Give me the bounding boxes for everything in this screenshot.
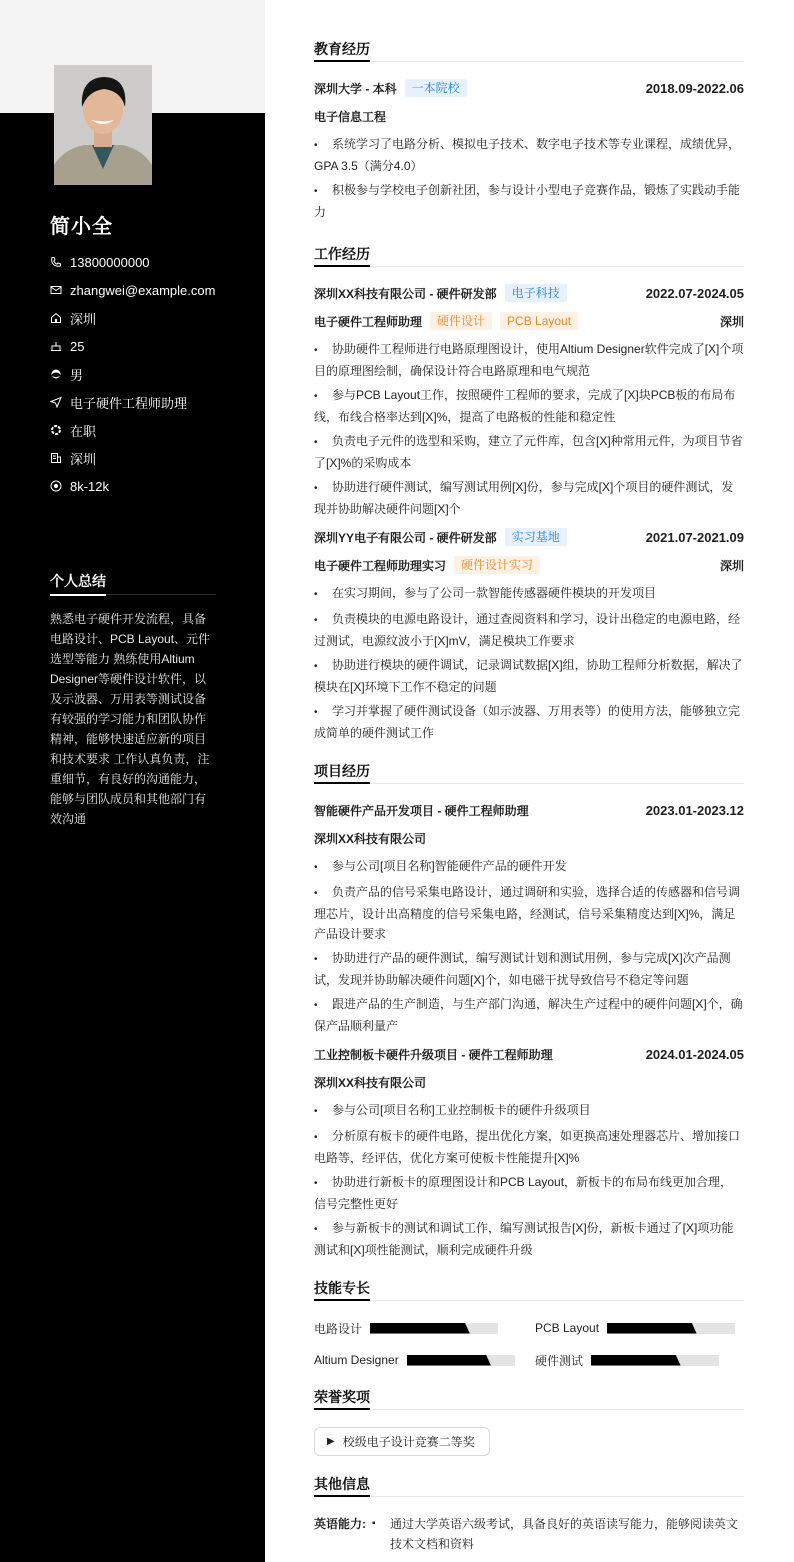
gender-value: 男 bbox=[70, 365, 83, 384]
salary-value: 8k-12k bbox=[70, 479, 109, 494]
skill-name: 电路设计 bbox=[314, 1320, 362, 1337]
info-age: 25 bbox=[50, 332, 250, 360]
awards-heading: 荣誉奖项 bbox=[314, 1388, 744, 1410]
school-tag: 一本院校 bbox=[405, 79, 467, 97]
job-2-period: 2021.07-2021.09 bbox=[646, 530, 744, 545]
list-item: •在实习期间，参与了公司一款智能传感器硬件模块的开发项目 bbox=[314, 583, 744, 605]
list-item: •参与新板卡的测试和调试工作，编写测试报告[X]份，新板卡通过了[X]项功能测试… bbox=[314, 1218, 744, 1260]
list-item: •参与公司[项目名称]智能硬件产品的硬件开发 bbox=[314, 856, 744, 878]
skill-name: PCB Layout bbox=[535, 1321, 599, 1335]
education-school-row: 深圳大学 - 本科 一本院校 2018.09-2022.06 bbox=[314, 78, 744, 98]
skills-heading: 技能专长 bbox=[314, 1279, 744, 1301]
job-2-role-row: 电子硬件工程师助理实习 硬件设计实习 深圳 bbox=[314, 555, 744, 575]
status-value: 在职 bbox=[70, 421, 96, 440]
info-email: zhangwei@example.com bbox=[50, 276, 250, 304]
info-city: 深圳 bbox=[50, 444, 250, 472]
education-major-row: 电子信息工程 bbox=[314, 106, 744, 126]
project-1-company-row: 深圳XX科技有限公司 bbox=[314, 828, 744, 848]
project-1-period: 2023.01-2023.12 bbox=[646, 803, 744, 818]
job-2-role: 电子硬件工程师助理实习 bbox=[314, 557, 446, 574]
building-icon bbox=[50, 452, 62, 464]
project-2-period: 2024.01-2024.05 bbox=[646, 1047, 744, 1062]
summary-text: 熟悉电子硬件开发流程，具备电路设计、PCB Layout、元件选型等能力 熟练使… bbox=[50, 609, 216, 829]
other-value: ▪ 通过大学英语六级考试，具备良好的英语读写能力，能够阅读英文技术文档和资料 bbox=[372, 1514, 744, 1554]
project-2-row: 工业控制板卡硬件升级项目 - 硬件工程师助理 2024.01-2024.05 bbox=[314, 1044, 744, 1064]
work-heading: 工作经历 bbox=[314, 245, 744, 267]
skill-item: PCB Layout bbox=[535, 1320, 735, 1336]
contact-info-list: 13800000000 zhangwei@example.com 深圳 25 男… bbox=[50, 248, 250, 500]
job-2-role-tag: 硬件设计实习 bbox=[454, 556, 540, 574]
skill-bar bbox=[407, 1355, 515, 1366]
skill-item: 电路设计 bbox=[314, 1320, 498, 1336]
project-2-name: 工业控制板卡硬件升级项目 - 硬件工程师助理 bbox=[314, 1046, 553, 1063]
avatar-photo-icon bbox=[54, 65, 152, 185]
play-triangle-icon: ▶ bbox=[327, 1436, 335, 1447]
skill-item: 硬件测试 bbox=[535, 1352, 719, 1368]
job-1-company: 深圳XX科技有限公司 - 硬件研发部 bbox=[314, 285, 497, 302]
other-label: 英语能力: bbox=[314, 1514, 372, 1554]
info-status: 在职 bbox=[50, 416, 250, 444]
job-1-company-tag: 电子科技 bbox=[505, 284, 567, 302]
list-item: •参与PCB Layout工作，按照硬件工程师的要求，完成了[X]块PCB板的布… bbox=[314, 385, 744, 427]
position-value: 电子硬件工程师助理 bbox=[70, 393, 187, 412]
list-item: •协助硬件工程师进行电路原理图设计，使用Altium Designer软件完成了… bbox=[314, 339, 744, 381]
cake-icon bbox=[50, 340, 62, 352]
skill-bar-fill bbox=[370, 1323, 470, 1334]
skill-bar bbox=[370, 1323, 498, 1334]
send-icon bbox=[50, 396, 62, 408]
skill-name: 硬件测试 bbox=[535, 1352, 583, 1369]
list-item: •协助进行新板卡的原理图设计和PCB Layout，新板卡的布局布线更加合理，信… bbox=[314, 1172, 744, 1214]
status-icon bbox=[50, 424, 62, 436]
job-1-role-row: 电子硬件工程师助理 硬件设计 PCB Layout 深圳 bbox=[314, 311, 744, 331]
list-item: •负责产品的信号采集电路设计，通过调研和实验，选择合适的传感器和信号调理芯片，设… bbox=[314, 882, 744, 944]
list-item: •学习并掌握了硬件测试设备（如示波器、万用表等）的使用方法，能够独立完成简单的硬… bbox=[314, 701, 744, 743]
skill-bar bbox=[591, 1355, 719, 1366]
summary-heading: 个人总结 bbox=[50, 571, 216, 595]
project-1-name: 智能硬件产品开发项目 - 硬件工程师助理 bbox=[314, 802, 529, 819]
avatar bbox=[54, 65, 152, 185]
skill-bar bbox=[607, 1323, 735, 1334]
job-1-location: 深圳 bbox=[720, 313, 744, 330]
home-value: 深圳 bbox=[70, 309, 96, 328]
other-heading: 其他信息 bbox=[314, 1475, 744, 1497]
other-info-row: 英语能力: ▪ 通过大学英语六级考试，具备良好的英语读写能力，能够阅读英文技术文… bbox=[314, 1514, 744, 1554]
list-item: •分析原有板卡的硬件电路，提出优化方案，如更换高速处理器芯片、增加接口电路等，经… bbox=[314, 1126, 744, 1168]
skill-item: Altium Designer bbox=[314, 1352, 515, 1368]
project-2-company: 深圳XX科技有限公司 bbox=[314, 1074, 426, 1091]
home-icon bbox=[50, 312, 62, 324]
list-item: •协助进行模块的硬件调试，记录调试数据[X]组，协助工程师分析数据，解决了模块在… bbox=[314, 655, 744, 697]
skill-bar-fill bbox=[407, 1355, 491, 1366]
education-heading: 教育经历 bbox=[314, 40, 744, 62]
list-item: •参与公司[项目名称]工业控制板卡的硬件升级项目 bbox=[314, 1100, 744, 1122]
job-2-company-tag: 实习基地 bbox=[505, 528, 567, 546]
mail-icon bbox=[50, 284, 62, 296]
project-1-company: 深圳XX科技有限公司 bbox=[314, 830, 426, 847]
list-item: •系统学习了电路分析、模拟电子技术、数字电子技术等专业课程，成绩优异，GPA 3… bbox=[314, 134, 744, 176]
candidate-name: 简小全 bbox=[50, 210, 113, 239]
job-1-period: 2022.07-2024.05 bbox=[646, 286, 744, 301]
education-bullets: •系统学习了电路分析、模拟电子技术、数字电子技术等专业课程，成绩优异，GPA 3… bbox=[314, 134, 744, 226]
job-2-location: 深圳 bbox=[720, 557, 744, 574]
list-item: •协助进行硬件测试，编写测试用例[X]份，参与完成[X]个项目的硬件测试，发现并… bbox=[314, 477, 744, 519]
project-1-bullets: •参与公司[项目名称]智能硬件产品的硬件开发 •负责产品的信号采集电路设计，通过… bbox=[314, 856, 744, 1040]
info-position: 电子硬件工程师助理 bbox=[50, 388, 250, 416]
city-value: 深圳 bbox=[70, 449, 96, 468]
project-2-bullets: •参与公司[项目名称]工业控制板卡的硬件升级项目 •分析原有板卡的硬件电路，提出… bbox=[314, 1100, 744, 1264]
info-salary: 8k-12k bbox=[50, 472, 250, 500]
job-2-company-row: 深圳YY电子有限公司 - 硬件研发部 实习基地 2021.07-2021.09 bbox=[314, 527, 744, 547]
education-period: 2018.09-2022.06 bbox=[646, 81, 744, 96]
list-item: •协助进行产品的硬件测试，编写测试计划和测试用例，参与完成[X]次产品测试，发现… bbox=[314, 948, 744, 990]
list-item: •跟进产品的生产制造，与生产部门沟通，解决生产过程中的硬件问题[X]个，确保产品… bbox=[314, 994, 744, 1036]
job-1-bullets: •协助硬件工程师进行电路原理图设计，使用Altium Designer软件完成了… bbox=[314, 339, 744, 523]
job-1-role-tag: 硬件设计 bbox=[430, 312, 492, 330]
list-item: •负责电子元件的选型和采购，建立了元件库，包含[X]种常用元件，为项目节省了[X… bbox=[314, 431, 744, 473]
job-2-bullets: •在实习期间，参与了公司一款智能传感器硬件模块的开发项目 •负责模块的电源电路设… bbox=[314, 583, 744, 747]
gender-icon bbox=[50, 368, 62, 380]
info-phone: 13800000000 bbox=[50, 248, 250, 276]
skill-name: Altium Designer bbox=[314, 1353, 399, 1367]
project-2-company-row: 深圳XX科技有限公司 bbox=[314, 1072, 744, 1092]
job-1-company-row: 深圳XX科技有限公司 - 硬件研发部 电子科技 2022.07-2024.05 bbox=[314, 283, 744, 303]
major: 电子信息工程 bbox=[314, 108, 386, 125]
skill-bar-fill bbox=[591, 1355, 681, 1366]
list-item: •负责模块的电源电路设计，通过查阅资料和学习，设计出稳定的电源电路，经过测试，电… bbox=[314, 609, 744, 651]
award-label: 校级电子设计竞赛二等奖 bbox=[343, 1433, 475, 1450]
phone-icon bbox=[50, 256, 62, 268]
skill-bar-fill bbox=[607, 1323, 697, 1334]
age-value: 25 bbox=[70, 339, 84, 354]
info-gender: 男 bbox=[50, 360, 250, 388]
info-home: 深圳 bbox=[50, 304, 250, 332]
email-value: zhangwei@example.com bbox=[70, 283, 215, 298]
award-item[interactable]: ▶ 校级电子设计竞赛二等奖 bbox=[314, 1427, 490, 1456]
job-2-company: 深圳YY电子有限公司 - 硬件研发部 bbox=[314, 529, 497, 546]
list-item: •积极参与学校电子创新社团，参与设计小型电子竞赛作品，锻炼了实践动手能力 bbox=[314, 180, 744, 222]
projects-heading: 项目经历 bbox=[314, 762, 744, 784]
job-1-role: 电子硬件工程师助理 bbox=[314, 313, 422, 330]
phone-value: 13800000000 bbox=[70, 255, 150, 270]
school-name: 深圳大学 - 本科 bbox=[314, 80, 397, 97]
project-1-row: 智能硬件产品开发项目 - 硬件工程师助理 2023.01-2023.12 bbox=[314, 800, 744, 820]
job-1-role-tag: PCB Layout bbox=[500, 312, 578, 330]
salary-icon bbox=[50, 480, 62, 492]
